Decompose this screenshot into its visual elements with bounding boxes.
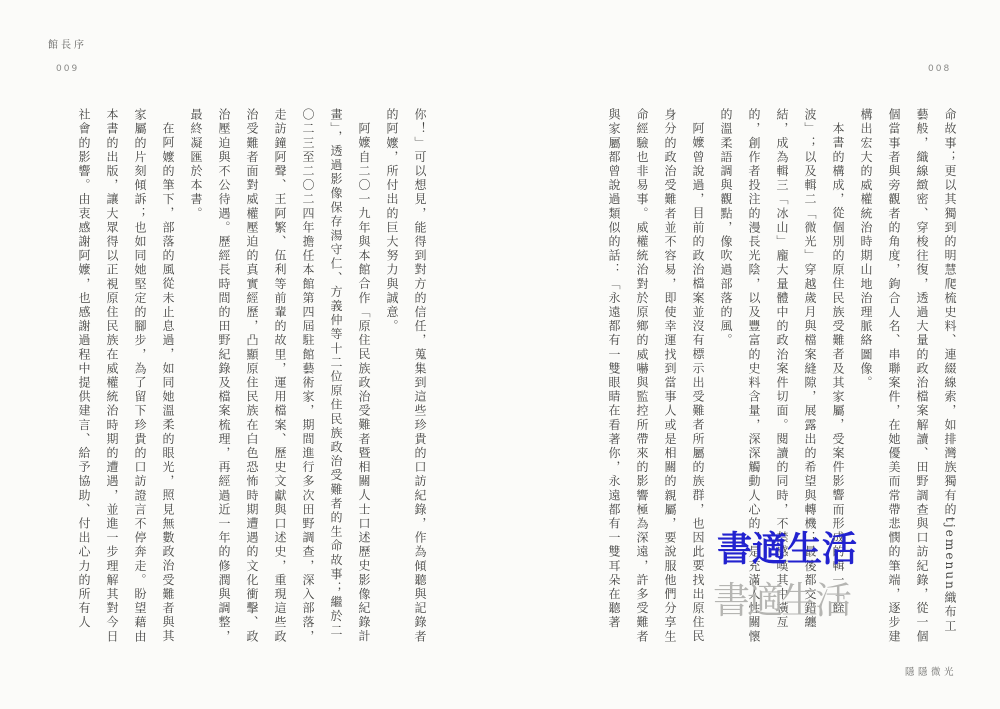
paragraph: 阿嬤自二〇一九年與本館合作「原住民族政治受難者暨相關人士口述歷史影像紀錄計畫」，… xyxy=(182,108,378,646)
left-page-text: 你！」可以想見，能得到對方的信任，蒐集到這些珍貴的口訪紀錄，作為傾聽與記錄者的阿… xyxy=(68,108,434,646)
footer-book-title: 隱隱微光 xyxy=(905,664,957,678)
page-number-left: 009 xyxy=(56,64,79,74)
page-number-right: 008 xyxy=(928,64,951,74)
paragraph: 阿嬤曾說過，目前的政治檔案並沒有標示出受難者所屬的族群，也因此要找出原住民身分的… xyxy=(600,108,712,646)
watermark-blue: 書適生活 xyxy=(717,522,857,572)
watermark-gray: 書適生活 xyxy=(713,570,849,624)
paragraph: 你！」可以想見，能得到對方的信任，蒐集到這些珍貴的口訪紀錄，作為傾聽與記錄者的阿… xyxy=(378,108,434,646)
section-header: 館長序 xyxy=(48,36,87,51)
paragraph: 在阿嬤的筆下，部落的風從未止息過，如同她溫柔的眼光，照見無數政治受難者與其家屬的… xyxy=(70,108,182,646)
paragraph: 命故事；更以其獨到的明慧爬梳史料、連綴線索，如排灣族獨有的tjemenun織布工… xyxy=(852,108,964,646)
book-spread: 館長序 009 你！」可以想見，能得到對方的信任，蒐集到這些珍貴的口訪紀錄，作為… xyxy=(0,0,1000,709)
